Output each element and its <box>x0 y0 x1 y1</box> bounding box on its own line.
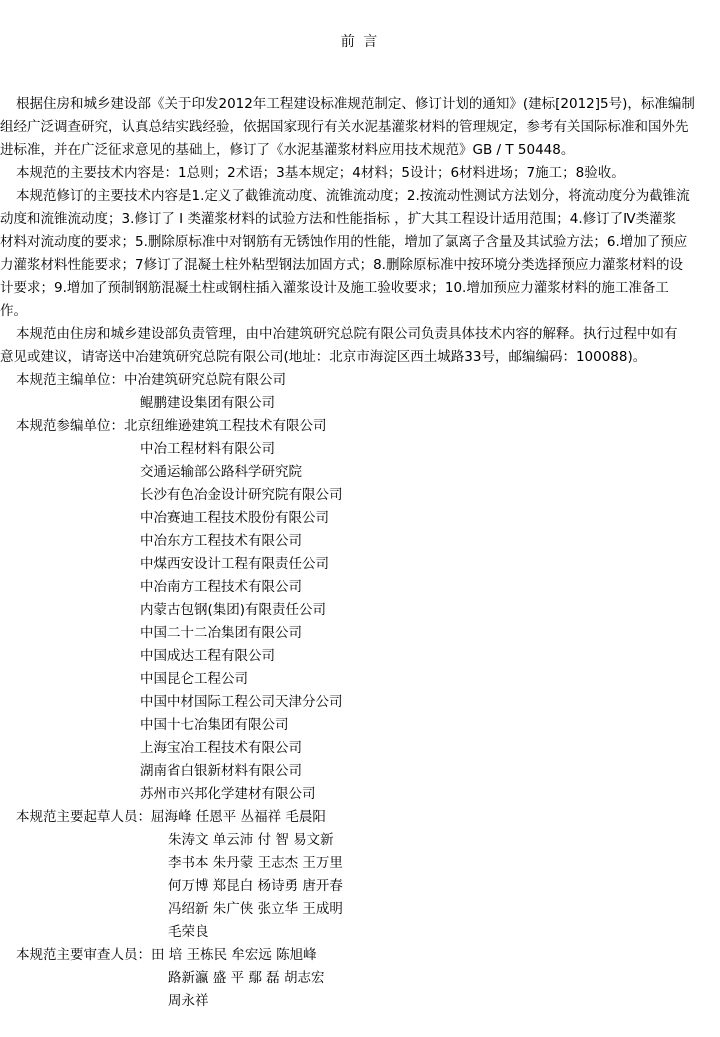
paragraph-line: 本规范修订的主要技术内容是1.定义了截锥流动度、流锥流动度；2.按流动性测试方法… <box>0 185 720 208</box>
chief-editors-label: 本规范主编单位： <box>16 372 124 388</box>
chief-editor-unit: 中冶建筑研究总院有限公司 <box>124 372 286 388</box>
drafters-names: 朱涛文 单云沛 付 智 易文新 <box>0 829 720 852</box>
participating-unit: 长沙有色冶金设计研究院有限公司 <box>0 484 720 507</box>
paragraph-line: 意见或建议，请寄送中冶建筑研究总院有限公司(地址：北京市海淀区西土城路33号，邮… <box>0 346 720 369</box>
paragraph-line: 动度和流锥流动度；3.修订了 Ⅰ 类灌浆材料的试验方法和性能指标 ，扩大其工程设… <box>0 208 720 231</box>
drafters-row: 本规范主要起草人员：屈海峰 任恩平 丛福祥 毛晨阳 <box>0 806 720 829</box>
paragraph-line: 组经广泛调查研究，认真总结实践经验，依据国家现行有关水泥基灌浆材料的管理规定，参… <box>0 116 720 139</box>
reviewers-label: 本规范主要审查人员： <box>16 947 151 963</box>
participating-unit: 中冶东方工程技术有限公司 <box>0 530 720 553</box>
reviewers-row: 本规范主要审查人员：田 培 王栋民 牟宏远 陈旭峰 <box>0 944 720 967</box>
participating-units-row: 本规范参编单位：北京纽维逊建筑工程技术有限公司 <box>0 415 720 438</box>
paragraph-line: 本规范由住房和城乡建设部负责管理，由中冶建筑研究总院有限公司负责具体技术内容的解… <box>0 323 720 346</box>
participating-unit: 湖南省白银新材料有限公司 <box>0 760 720 783</box>
paragraph-line: 进标准，并在广泛征求意见的基础上，修订了《水泥基灌浆材料应用技术规范》GB / … <box>0 139 720 162</box>
drafters-label: 本规范主要起草人员： <box>16 809 151 825</box>
participating-unit: 中国成达工程有限公司 <box>0 645 720 668</box>
participating-unit: 中国十七冶集团有限公司 <box>0 714 720 737</box>
paragraph-line: 本规范的主要技术内容是：1总则；2术语；3基本规定；4材料；5设计；6材料进场；… <box>0 162 720 185</box>
paragraph-line: 作。 <box>0 300 720 323</box>
participating-unit: 北京纽维逊建筑工程技术有限公司 <box>124 418 327 434</box>
participating-unit: 中冶南方工程技术有限公司 <box>0 576 720 599</box>
participating-unit: 中冶工程材料有限公司 <box>0 438 720 461</box>
participating-unit: 苏州市兴邦化学建材有限公司 <box>0 783 720 806</box>
drafters-names: 何万博 郑昆白 杨诗勇 唐开春 <box>0 875 720 898</box>
participating-unit: 中国二十二冶集团有限公司 <box>0 622 720 645</box>
participating-unit: 交通运输部公路科学研究院 <box>0 461 720 484</box>
reviewers-names: 路新瀛 盛 平 鄢 磊 胡志宏 <box>0 967 720 990</box>
participating-unit: 内蒙古包钢(集团)有限责任公司 <box>0 599 720 622</box>
reviewers-names: 周永祥 <box>0 990 720 1013</box>
drafters-names: 李书本 朱丹蒙 王志杰 王万里 <box>0 852 720 875</box>
participating-unit: 中冶赛迪工程技术股份有限公司 <box>0 507 720 530</box>
chief-editor-unit: 鲲鹏建设集团有限公司 <box>0 392 720 415</box>
drafters-names: 屈海峰 任恩平 丛福祥 毛晨阳 <box>151 809 326 825</box>
chief-editors-row: 本规范主编单位：中冶建筑研究总院有限公司 <box>0 369 720 392</box>
document-title: 前 言 <box>0 31 720 51</box>
drafters-names: 毛荣良 <box>0 921 720 944</box>
paragraph-line: 力灌浆材料性能要求；7修订了混凝土柱外粘型钢法加固方式；8.删除原标准中按环境分… <box>0 254 720 277</box>
participating-unit: 中煤西安设计工程有限责任公司 <box>0 553 720 576</box>
participating-unit: 中国中材国际工程公司天津分公司 <box>0 691 720 714</box>
document-body: 根据住房和城乡建设部《关于印发2012年工程建设标准规范制定、修订计划的通知》(… <box>0 93 720 1013</box>
paragraph-line: 根据住房和城乡建设部《关于印发2012年工程建设标准规范制定、修订计划的通知》(… <box>0 93 720 116</box>
drafters-names: 冯绍新 朱广侠 张立华 王成明 <box>0 898 720 921</box>
participating-unit: 上海宝冶工程技术有限公司 <box>0 737 720 760</box>
participating-units-label: 本规范参编单位： <box>16 418 124 434</box>
paragraph-line: 计要求；9.增加了预制钢筋混凝土柱或钢柱插入灌浆设计及施工验收要求；10.增加预… <box>0 277 720 300</box>
participating-unit: 中国昆仑工程公司 <box>0 668 720 691</box>
paragraph-line: 材料对流动度的要求；5.删除原标准中对钢筋有无锈蚀作用的性能，增加了氯离子含量及… <box>0 231 720 254</box>
reviewers-names: 田 培 王栋民 牟宏远 陈旭峰 <box>151 947 317 963</box>
